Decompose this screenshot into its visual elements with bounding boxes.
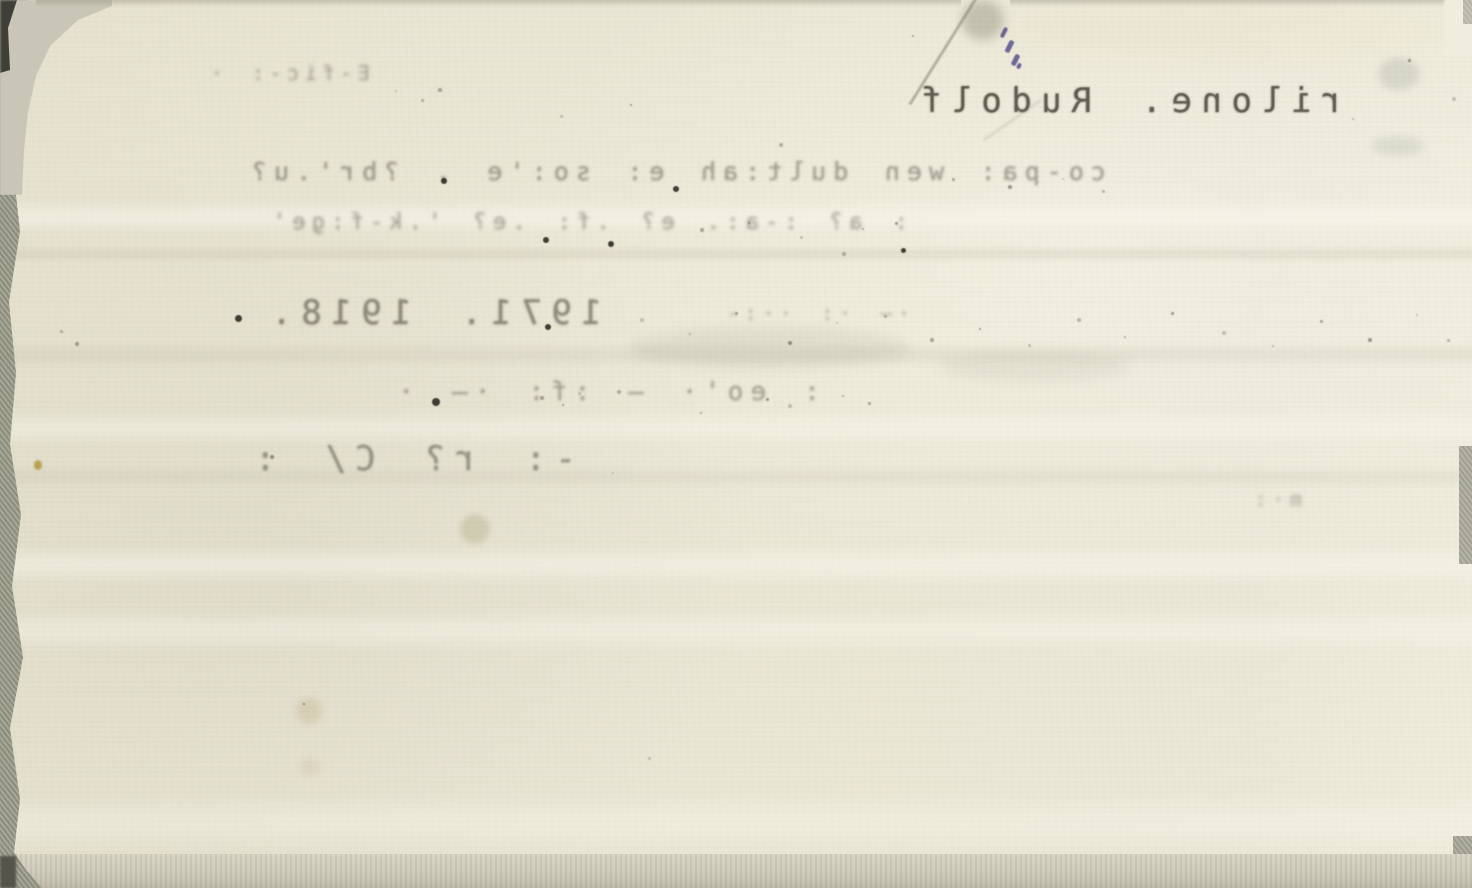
- ink-speck: [1368, 338, 1372, 342]
- scanner-bed-bottom-edge: [0, 854, 1472, 888]
- paper-tone-band: [0, 795, 1472, 850]
- paper-stain: [1372, 136, 1424, 156]
- bleed-text-fragment: rilone. Rudolf: [868, 82, 1342, 121]
- paper-tone-band: [0, 342, 1472, 368]
- paper-stain: [460, 514, 490, 544]
- ink-speck: [979, 328, 981, 330]
- crease-ink-mark: [1016, 62, 1022, 69]
- paper-stain: [962, 0, 1004, 40]
- ink-speck: [1447, 339, 1450, 342]
- ink-speck: [735, 312, 738, 315]
- ink-speck: [421, 99, 424, 102]
- paper-stain: [34, 460, 42, 470]
- ink-speck: [884, 315, 887, 318]
- ink-speck: [1352, 118, 1354, 120]
- paper-tone-band: [0, 410, 1472, 446]
- ink-speck: [862, 228, 864, 230]
- heavy-ink-dot: [543, 237, 549, 243]
- ink-speck: [60, 330, 63, 333]
- ink-speck: [1062, 178, 1064, 180]
- ink-speck: [612, 472, 614, 474]
- ink-speck: [303, 703, 305, 705]
- top-right-corner-hatch: [1463, 0, 1472, 24]
- ink-dots-layer: [0, 0, 1472, 888]
- ink-speck: [912, 35, 914, 37]
- ink-speck: [75, 342, 79, 346]
- paper-tone-band: [0, 465, 1472, 489]
- top-left-corner-gap: [0, 0, 120, 195]
- paper-tone-band: [0, 245, 1472, 263]
- paper-stain: [630, 328, 910, 368]
- crease-ink-mark: [1011, 54, 1021, 67]
- paper-stain: [940, 352, 1130, 382]
- ink-speck: [617, 390, 621, 394]
- bleed-text-fragment: co-pa: wen dult:ah e: so:'e . ?br'.u?: [256, 158, 1106, 187]
- paper-stain: [300, 758, 320, 776]
- heavy-ink-dot: [673, 186, 679, 192]
- bleed-text-fragment: m·:: [1232, 488, 1302, 511]
- bleed-text-fragment: : eo'· – :f: ·– ·: [385, 378, 820, 408]
- ink-speck: [395, 90, 397, 92]
- ink-speck: [800, 236, 803, 239]
- heavy-ink-dot: [608, 241, 614, 247]
- ink-speck: [438, 88, 442, 92]
- ink-speck: [648, 757, 651, 760]
- paper-stain: [1378, 58, 1420, 90]
- ink-speck: [788, 341, 792, 345]
- paper-stain: [1005, 0, 1445, 62]
- ink-speck: [842, 395, 844, 397]
- bleed-text-fragment: 1971. 1918.: [230, 294, 602, 333]
- heavy-ink-dot: [545, 324, 551, 330]
- ink-speck: [1102, 190, 1105, 193]
- index-card-scan: E-fic-: ·rilone. Rudolfco-pa: wen dult:a…: [0, 0, 1472, 888]
- ink-speck: [1452, 97, 1456, 101]
- card-top-edge-seam-right: [1010, 0, 1446, 7]
- ink-speck: [766, 398, 769, 401]
- ink-speck: [1028, 344, 1031, 347]
- heavy-ink-dot: [441, 178, 447, 184]
- heavy-ink-dot: [432, 398, 440, 406]
- ink-speck: [895, 222, 898, 225]
- heavy-ink-dot: [901, 248, 906, 253]
- ink-speck: [1416, 314, 1418, 316]
- ink-speck: [779, 143, 783, 147]
- ink-speck: [1320, 320, 1323, 323]
- paper-tone-band: [0, 200, 1472, 234]
- ink-speck: [1077, 318, 1081, 322]
- ink-speck: [1008, 185, 1012, 189]
- stains-layer: [0, 0, 1472, 888]
- bottom-left-corner-shadow: [0, 856, 16, 888]
- ink-speck: [270, 455, 274, 459]
- crease-line-tail: [983, 99, 1041, 141]
- ink-speck: [748, 222, 750, 224]
- ink-speck: [578, 392, 581, 395]
- ink-speck: [700, 228, 704, 232]
- paper-tone-band: [0, 610, 1472, 652]
- crease-ink-mark: [1004, 40, 1014, 54]
- paper-stain: [296, 698, 322, 724]
- ink-speck: [689, 333, 691, 335]
- bleed-text-fragment: : a? :-a:. e? .f: .e? '.k-f:ge': [260, 210, 908, 235]
- heavy-ink-dot: [235, 315, 242, 322]
- ink-speck: [560, 115, 563, 118]
- crease-line: [908, 0, 978, 105]
- crease-group: [0, 0, 1472, 888]
- ink-speck: [952, 178, 955, 181]
- ink-speck: [1124, 336, 1126, 338]
- bleed-text-fragment: E-fic-: ·: [202, 62, 370, 85]
- crease-ink-mark: [1000, 27, 1009, 39]
- ink-speck: [930, 338, 934, 342]
- paper-tone-band: [0, 545, 1472, 585]
- ink-speck: [836, 322, 838, 324]
- ink-speck: [640, 318, 644, 322]
- ink-speck: [1171, 312, 1174, 315]
- scanner-streak-bands-layer: [0, 0, 1472, 888]
- bleed-text-fragment: ·– ·: ··:-: [610, 302, 910, 325]
- bleed-text-fragment: -: r? C/ :: [258, 440, 576, 479]
- ink-speck: [1222, 331, 1226, 335]
- ink-speck: [868, 402, 871, 405]
- bleed-text-layer: E-fic-: ·rilone. Rudolfco-pa: wen dult:a…: [0, 0, 1472, 888]
- ink-speck: [842, 252, 846, 256]
- ink-speck: [540, 396, 544, 400]
- scanner-bed-right-edge-upper: [1459, 446, 1472, 564]
- ink-speck: [700, 412, 702, 414]
- ink-speck: [562, 404, 564, 406]
- ink-speck: [630, 104, 632, 106]
- card-top-edge-seam-left: [36, 0, 961, 7]
- ink-speck: [1408, 59, 1411, 62]
- ink-speck: [1272, 345, 1274, 347]
- ink-specks-layer: [0, 0, 1472, 888]
- ink-speck: [788, 404, 792, 408]
